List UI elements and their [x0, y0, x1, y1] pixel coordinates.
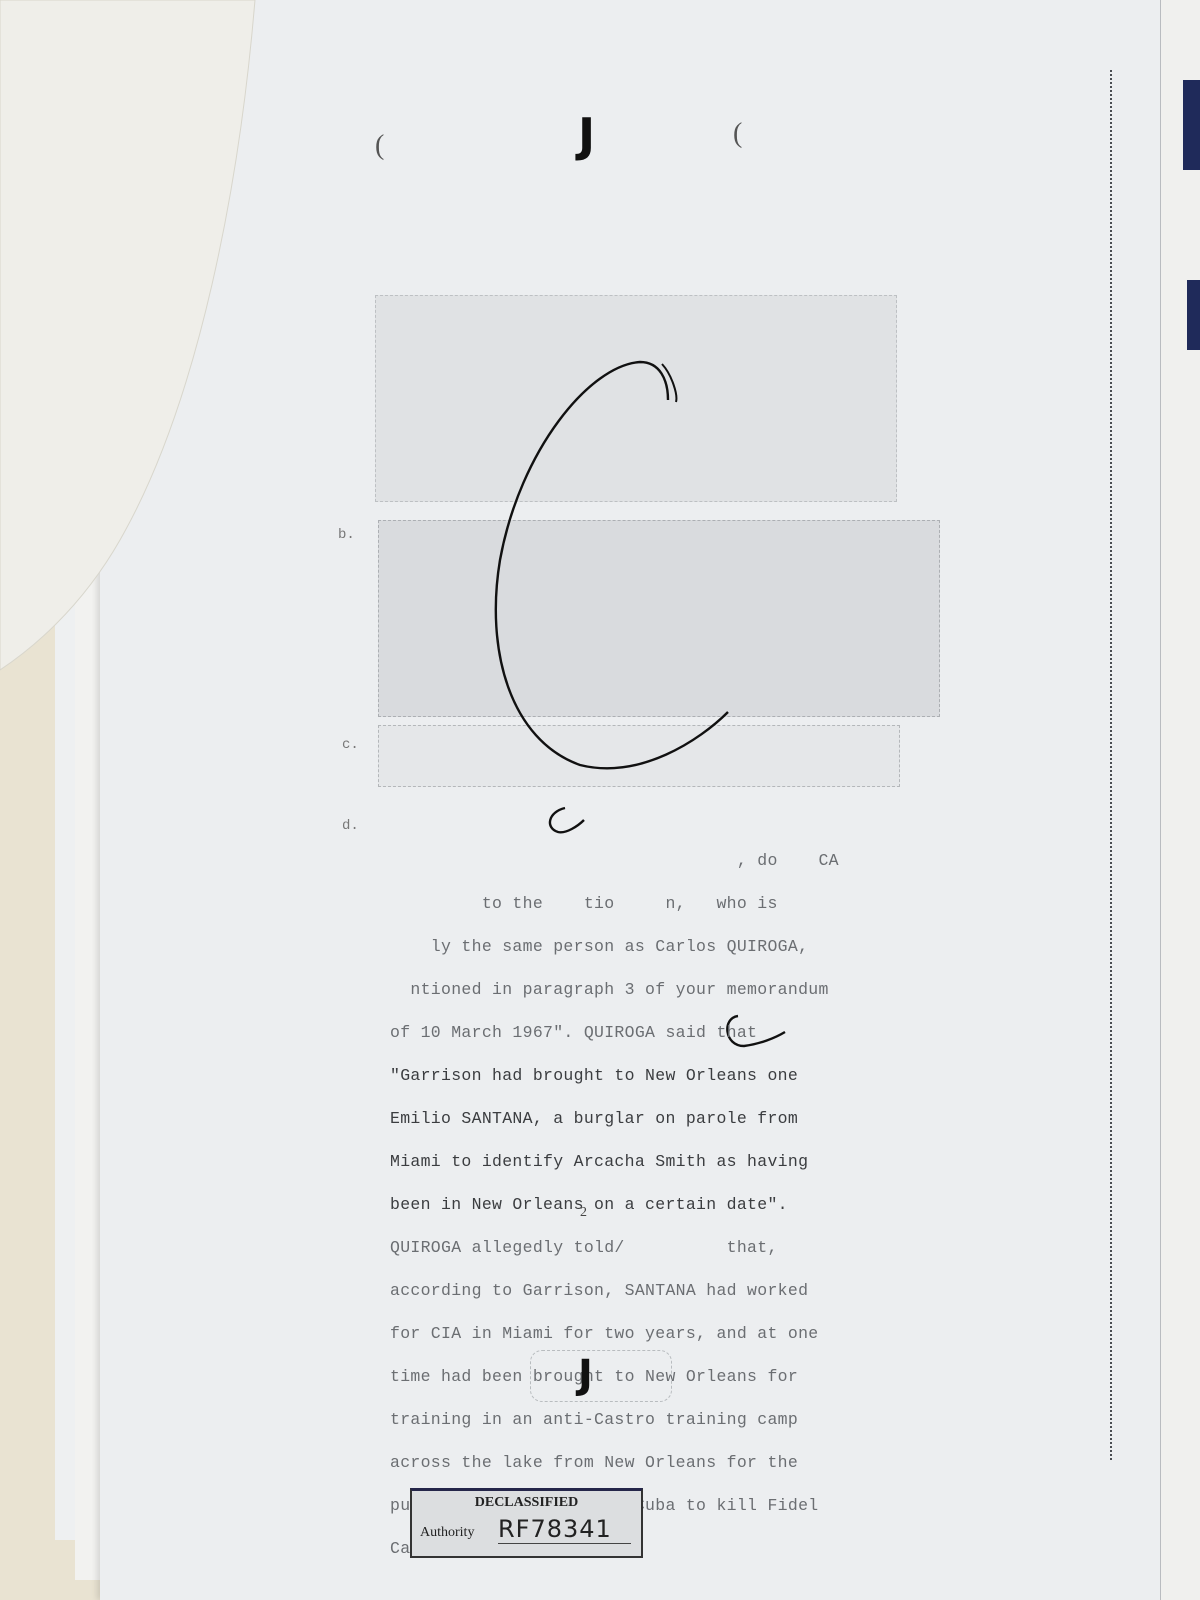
stamp-signature-line [498, 1543, 631, 1544]
redacted-bottom-box [530, 1350, 672, 1402]
text-line: Emilio SANTANA, a burglar on parole from [390, 1108, 950, 1130]
document-body-text: , do CA to the tio n, who is ly the same… [390, 828, 950, 1581]
text-line: ly the same person as Carlos QUIROGA, [390, 936, 950, 958]
text-line: "Garrison had brought to New Orleans one [390, 1065, 950, 1087]
text-line: to the tio n, who is [390, 893, 950, 915]
text-line: been in New Orleans on a certain date". [390, 1194, 950, 1216]
text-line: QUIROGA allegedly told/ that, [390, 1237, 950, 1259]
text-line: training in an anti-Castro training camp [390, 1409, 950, 1431]
text-line: according to Garrison, SANTANA had worke… [390, 1280, 950, 1302]
text-line: Miami to identify Arcacha Smith as havin… [390, 1151, 950, 1173]
text-line: ntioned in paragraph 3 of your memorandu… [390, 979, 950, 1001]
stamp-authority-number: RF78341 [498, 1515, 612, 1543]
page-number: 2 [580, 1205, 587, 1221]
text-line: across the lake from New Orleans for the [390, 1452, 950, 1474]
stamp-authority-label: Authority [420, 1525, 474, 1541]
text-line: of 10 March 1967". QUIROGA said that [390, 1022, 950, 1044]
declassified-stamp: DECLASSIFIED Authority RF78341 [410, 1488, 643, 1558]
text-line: , do CA [390, 850, 950, 872]
text-line: for CIA in Miami for two years, and at o… [390, 1323, 950, 1345]
bottom-handwritten-marker: J [578, 1352, 593, 1398]
stamp-title: DECLASSIFIED [412, 1495, 641, 1511]
